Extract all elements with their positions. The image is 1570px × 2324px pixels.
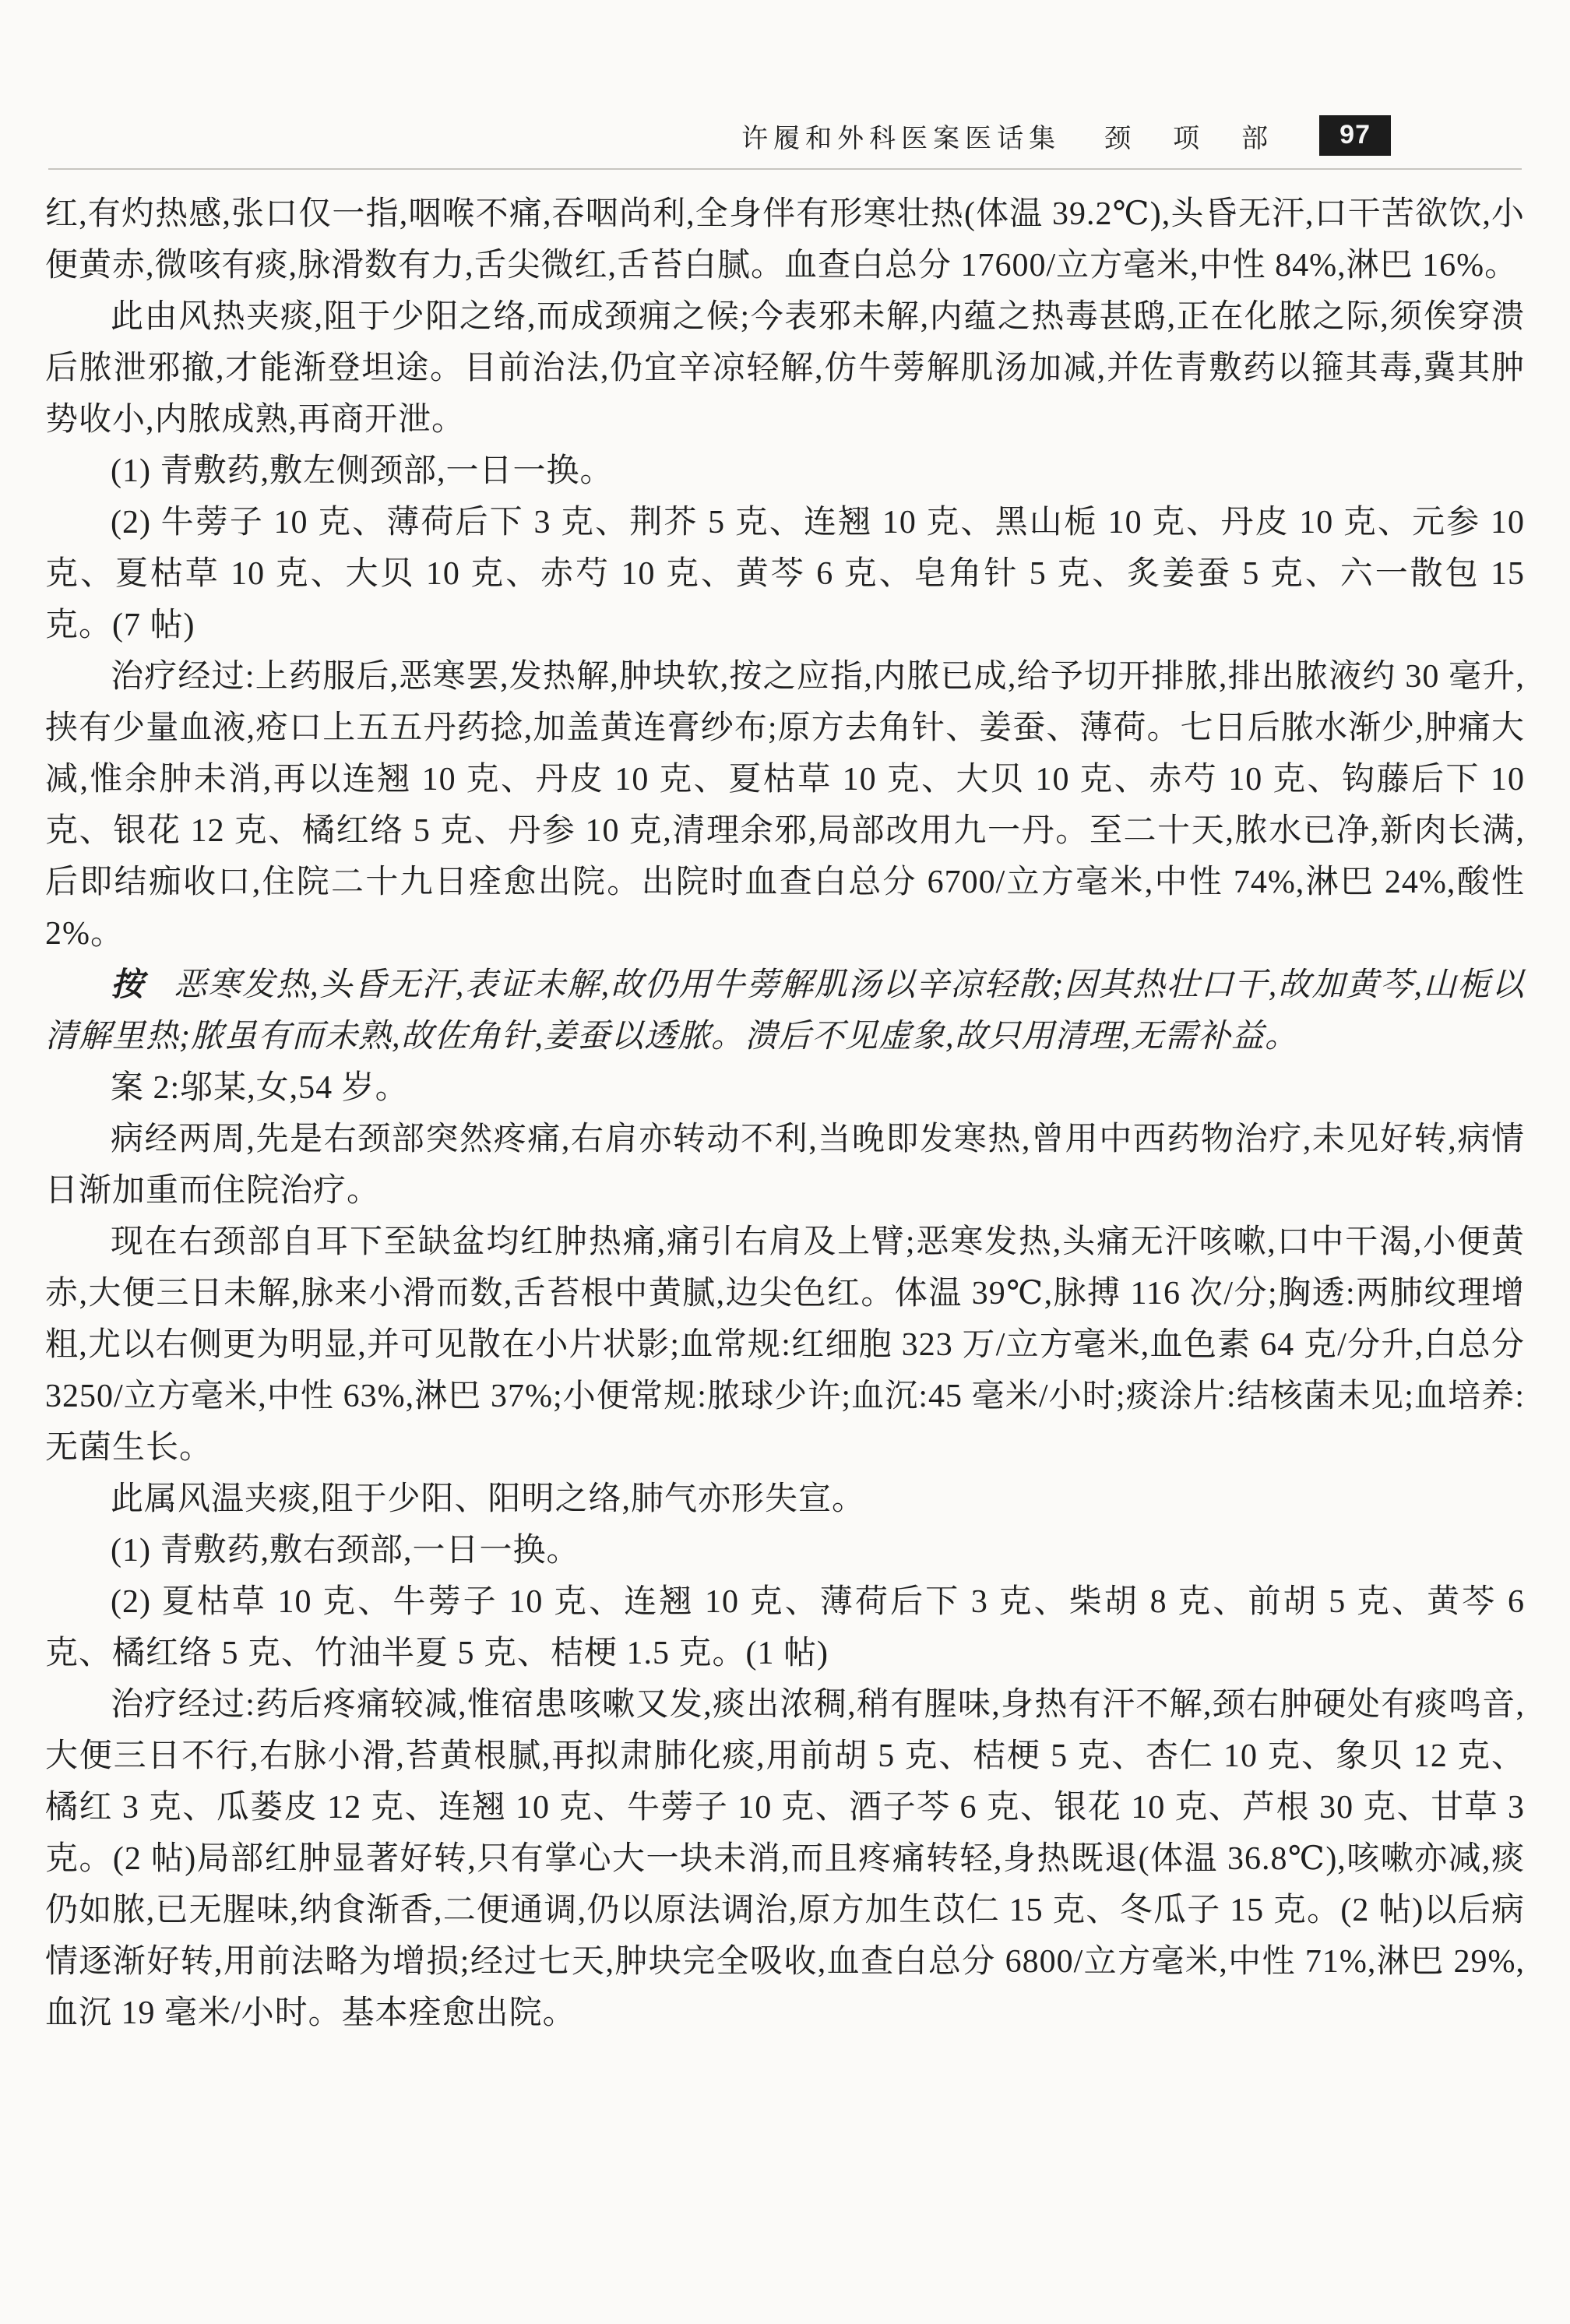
commentary-label: 按: [111, 967, 145, 1003]
page-content: 红,有灼热感,张口仅一指,咽喉不痛,吞咽尚利,全身伴有形寒壮热(体温 39.2℃…: [45, 188, 1525, 2039]
paragraph-case2-history: 病经两周,先是右颈部突然疼痛,右肩亦转动不利,当晚即发寒热,曾用中西药物治疗,未…: [45, 1114, 1525, 1217]
book-page: 许履和外科医案医话集 颈 项 部 97 红,有灼热感,张口仅一指,咽喉不痛,吞咽…: [0, 0, 1570, 2324]
section-title: 颈 项 部: [1104, 117, 1276, 155]
paragraph-case1-commentary: 按恶寒发热,头昏无汗,表证未解,故仍用牛蒡解肌汤以辛凉轻散;因其热壮口干,故加黄…: [45, 960, 1525, 1062]
page-header: 许履和外科医案医话集 颈 项 部 97: [45, 115, 1391, 156]
list-item-case2-prescription-1: (1) 青敷药,敷右颈部,一日一换。: [45, 1525, 1525, 1576]
book-title: 许履和外科医案医话集: [741, 117, 1061, 155]
paragraph-case2-heading: 案 2:邬某,女,54 岁。: [45, 1062, 1525, 1114]
page-number-badge: 97: [1319, 115, 1391, 156]
paragraph-case1-symptoms-continuation: 红,有灼热感,张口仅一指,咽喉不痛,吞咽尚利,全身伴有形寒壮热(体温 39.2℃…: [45, 188, 1525, 291]
paragraph-case1-diagnosis: 此由风热夹痰,阻于少阳之络,而成颈痈之候;今表邪未解,内蕴之热毒甚鸱,正在化脓之…: [45, 291, 1525, 445]
paragraph-case2-diagnosis: 此属风温夹痰,阻于少阳、阳明之络,肺气亦形失宣。: [45, 1474, 1525, 1525]
list-item-case1-prescription-1: (1) 青敷药,敷左侧颈部,一日一换。: [45, 445, 1525, 497]
list-item-case1-prescription-2: (2) 牛蒡子 10 克、薄荷后下 3 克、荆芥 5 克、连翘 10 克、黑山栀…: [45, 497, 1525, 651]
paragraph-case2-examination: 现在右颈部自耳下至缺盆均红肿热痛,痛引右肩及上臂;恶寒发热,头痛无汗咳嗽,口中干…: [45, 1217, 1525, 1474]
commentary-text: 恶寒发热,头昏无汗,表证未解,故仍用牛蒡解肌汤以辛凉轻散;因其热壮口干,故加黄芩…: [45, 967, 1525, 1055]
header-rule: [48, 168, 1522, 170]
paragraph-case1-treatment-course: 治疗经过:上药服后,恶寒罢,发热解,肿块软,按之应指,内脓已成,给予切开排脓,排…: [45, 651, 1525, 960]
list-item-case2-prescription-2: (2) 夏枯草 10 克、牛蒡子 10 克、连翘 10 克、薄荷后下 3 克、柴…: [45, 1576, 1525, 1679]
paragraph-case2-treatment-course: 治疗经过:药后疼痛较减,惟宿患咳嗽又发,痰出浓稠,稍有腥味,身热有汗不解,颈右肿…: [45, 1679, 1525, 2039]
